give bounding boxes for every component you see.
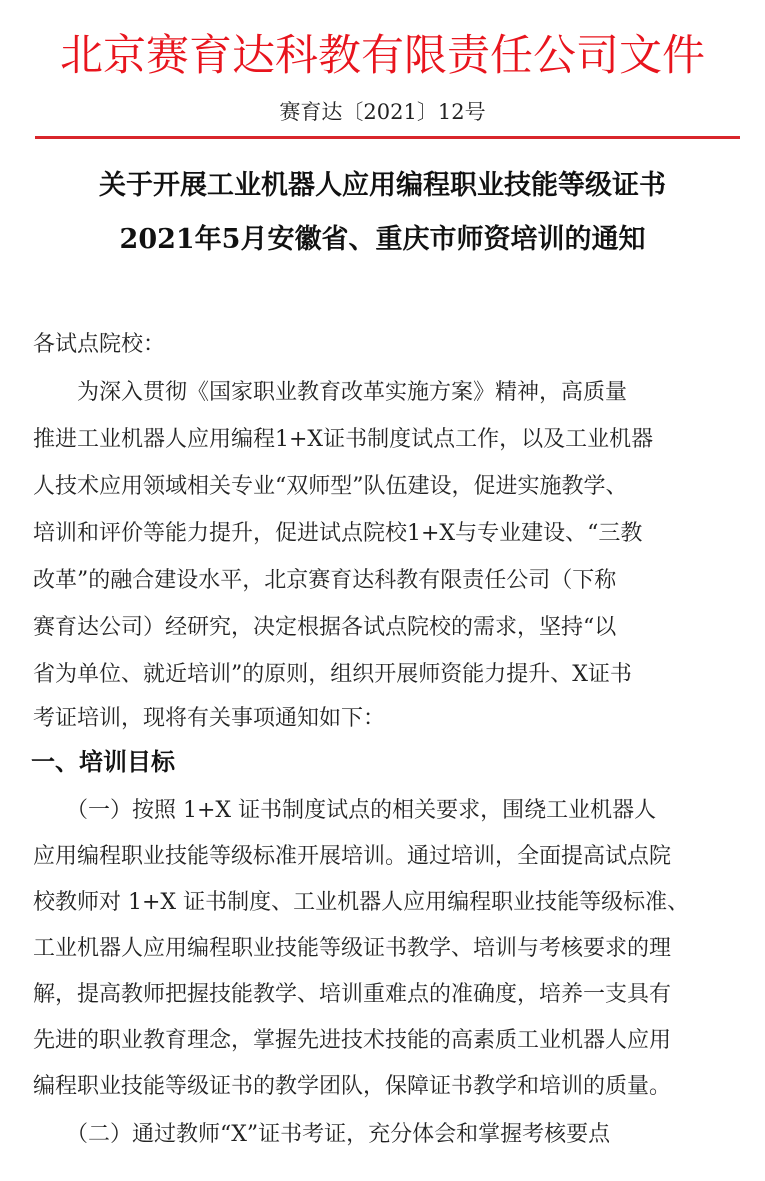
item1-line: 工业机器人应用编程职业技能等级证书教学、培训与考核要求的理 bbox=[33, 934, 671, 964]
intro-line: 考证培训，现将有关事项通知如下： bbox=[33, 704, 385, 734]
intro-line: 省为单位、就近培训”的原则，组织开展师资能力提升、X证书 bbox=[33, 660, 632, 690]
intro-line: 改革”的融合建设水平，北京赛育达科教有限责任公司（下称 bbox=[33, 566, 616, 596]
item1-line: 应用编程职业技能等级标准开展培训。通过培训，全面提高试点院 bbox=[33, 842, 671, 872]
intro-line: 人技术应用领域相关专业“双师型”队伍建设，促进实施教学、 bbox=[33, 472, 628, 502]
document-number: 赛育达〔2021〕12号 bbox=[0, 98, 765, 126]
item2-line: （二）通过教师“X”证书考证，充分体会和掌握考核要点 bbox=[33, 1120, 610, 1150]
intro-line: 推进工业机器人应用编程1+X证书制度试点工作，以及工业机器 bbox=[33, 425, 653, 455]
intro-line: 为深入贯彻《国家职业教育改革实施方案》精神，高质量 bbox=[33, 378, 627, 408]
item1-line: （一）按照 1+X 证书制度试点的相关要求，围绕工业机器人 bbox=[33, 796, 656, 826]
intro-line: 培训和评价等能力提升，促进试点院校1+X与专业建设、“三教 bbox=[33, 519, 642, 549]
issuer-header-title: 北京赛育达科教有限责任公司文件 bbox=[0, 28, 765, 84]
section-heading-training-goals: 一、培训目标 bbox=[31, 746, 175, 778]
notice-title-line-1: 关于开展工业机器人应用编程职业技能等级证书 bbox=[0, 168, 765, 204]
item1-line: 校教师对 1+X 证书制度、工业机器人应用编程职业技能等级标准、 bbox=[33, 888, 689, 918]
intro-line: 赛育达公司）经研究，决定根据各试点院校的需求，坚持“以 bbox=[33, 613, 616, 643]
item1-line: 编程职业技能等级证书的教学团队，保障证书教学和培训的质量。 bbox=[33, 1072, 671, 1102]
item1-line: 先进的职业教育理念，掌握先进技术技能的高素质工业机器人应用 bbox=[33, 1026, 671, 1056]
salutation: 各试点院校： bbox=[33, 330, 165, 360]
red-divider-line bbox=[35, 136, 740, 139]
notice-title-line-2: 2021年5月安徽省、重庆市师资培训的通知 bbox=[0, 222, 765, 258]
item1-line: 解，提高教师把握技能教学、培训重难点的准确度，培养一支具有 bbox=[33, 980, 671, 1010]
